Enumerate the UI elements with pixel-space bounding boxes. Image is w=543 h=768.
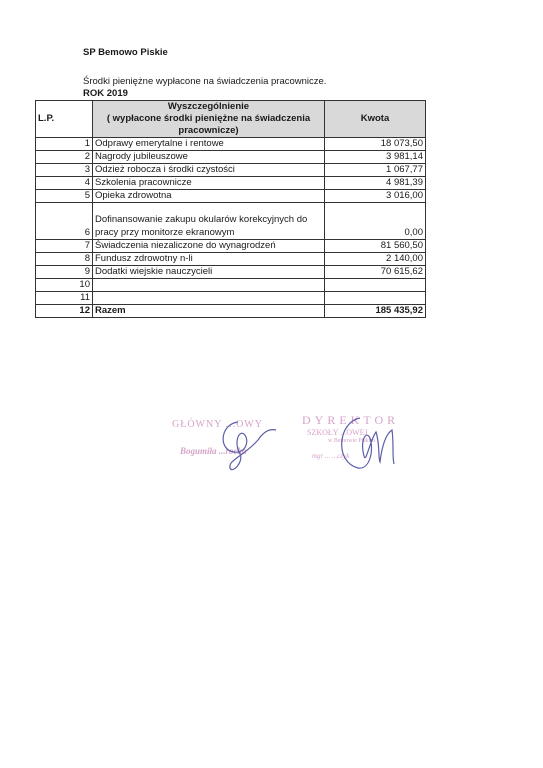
- row-amount: 3 981,14: [325, 151, 426, 164]
- row-description: Dofinansowanie zakupu okularów korekcyjn…: [93, 203, 325, 240]
- row-lp: 10: [36, 279, 93, 292]
- table-row: 5 Opieka zdrowotna 3 016,00: [36, 190, 426, 203]
- header-lp: L.P.: [36, 101, 93, 138]
- document-title: Środki pieniężne wypłacone na świadczeni…: [83, 76, 326, 87]
- header-description-line3: pracownicze): [95, 125, 322, 137]
- benefits-table: L.P. Wyszczególnienie ( wypłacone środki…: [35, 100, 426, 318]
- table-row: 6 Dofinansowanie zakupu okularów korekcy…: [36, 203, 426, 240]
- row-amount: 0,00: [325, 203, 426, 240]
- table-header-row: L.P. Wyszczególnienie ( wypłacone środki…: [36, 101, 426, 138]
- row-description: Opieka zdrowotna: [93, 190, 325, 203]
- table-row: 8 Fundusz zdrowotny n-li 2 140,00: [36, 253, 426, 266]
- row-amount: 70 615,62: [325, 266, 426, 279]
- row-amount: 2 140,00: [325, 253, 426, 266]
- row-amount: 1 067,77: [325, 164, 426, 177]
- row-lp: 6: [36, 203, 93, 240]
- table-total-row: 12 Razem 185 435,92: [36, 305, 426, 318]
- signature-accountant-icon: [210, 410, 280, 480]
- row-lp: 3: [36, 164, 93, 177]
- row-amount: [325, 279, 426, 292]
- organization-name: SP Bemowo Piskie: [83, 47, 168, 58]
- row-description: Nagrody jubileuszowe: [93, 151, 325, 164]
- row-description-line2: pracy przy monitorze ekranowym: [95, 226, 322, 239]
- table-row: 9 Dodatki wiejskie nauczycieli 70 615,62: [36, 266, 426, 279]
- row-description: Szkolenia pracownicze: [93, 177, 325, 190]
- row-description: Fundusz zdrowotny n-li: [93, 253, 325, 266]
- row-lp: 11: [36, 292, 93, 305]
- row-lp: 1: [36, 138, 93, 151]
- row-amount: 3 016,00: [325, 190, 426, 203]
- row-lp: 5: [36, 190, 93, 203]
- table-row: 1 Odprawy emerytalne i rentowe 18 073,50: [36, 138, 426, 151]
- table-row: 10: [36, 279, 426, 292]
- table-row: 11: [36, 292, 426, 305]
- row-lp: 8: [36, 253, 93, 266]
- table-row: 2 Nagrody jubileuszowe 3 981,14: [36, 151, 426, 164]
- table-row: 7 Świadczenia niezaliczone do wynagrodze…: [36, 240, 426, 253]
- row-lp: 4: [36, 177, 93, 190]
- row-amount: [325, 292, 426, 305]
- row-description: [93, 279, 325, 292]
- row-lp: 2: [36, 151, 93, 164]
- row-description: [93, 292, 325, 305]
- row-description-line1: Dofinansowanie zakupu okularów korekcyjn…: [95, 213, 322, 226]
- row-lp: 9: [36, 266, 93, 279]
- header-description-line1: Wyszczególnienie: [95, 101, 322, 113]
- signature-director-icon: [330, 410, 400, 480]
- row-description: Odzież robocza i środki czystości: [93, 164, 325, 177]
- row-lp: 12: [36, 305, 93, 318]
- row-amount: 81 560,50: [325, 240, 426, 253]
- row-amount: 18 073,50: [325, 138, 426, 151]
- header-description-line2: ( wypłacone środki pieniężne na świadcze…: [95, 113, 322, 125]
- header-description: Wyszczególnienie ( wypłacone środki pien…: [93, 101, 325, 138]
- table-row: 3 Odzież robocza i środki czystości 1 06…: [36, 164, 426, 177]
- table-row: 4 Szkolenia pracownicze 4 981,39: [36, 177, 426, 190]
- row-description: Razem: [93, 305, 325, 318]
- row-amount: 185 435,92: [325, 305, 426, 318]
- header-amount: Kwota: [325, 101, 426, 138]
- row-amount: 4 981,39: [325, 177, 426, 190]
- row-description: Świadczenia niezaliczone do wynagrodzeń: [93, 240, 325, 253]
- row-description: Dodatki wiejskie nauczycieli: [93, 266, 325, 279]
- row-description: Odprawy emerytalne i rentowe: [93, 138, 325, 151]
- year-label: ROK 2019: [83, 88, 128, 99]
- row-lp: 7: [36, 240, 93, 253]
